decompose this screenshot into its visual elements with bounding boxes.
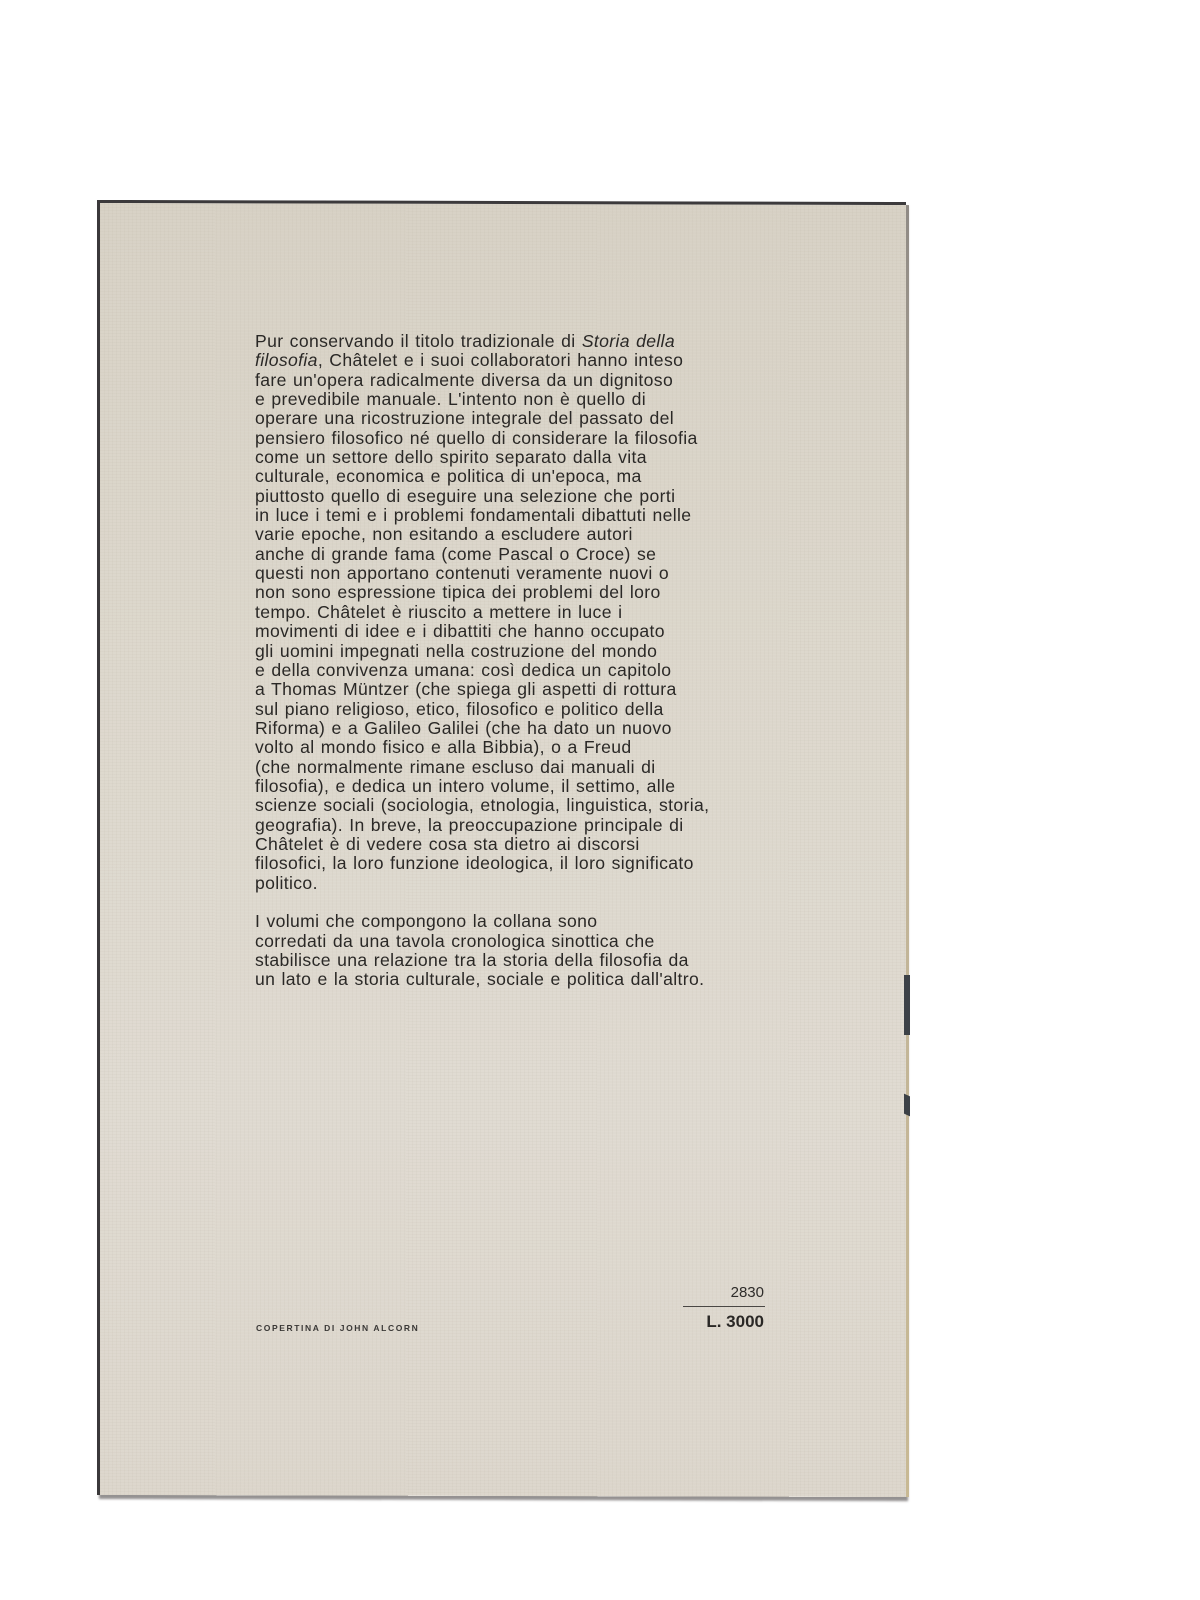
book-title-italic: filosofia: [255, 350, 318, 370]
text-line: piuttosto quello di eseguire una selezio…: [255, 487, 795, 506]
text-line: filosofia), e dedica un intero volume, i…: [255, 777, 795, 796]
text-line: I volumi che compongono la collana sono: [255, 912, 795, 931]
text-line: tempo. Châtelet è riuscito a mettere in …: [255, 603, 795, 622]
text-line: operare una ricostruzione integrale del …: [255, 409, 795, 428]
cover-credit: COPERTINA DI JOHN ALCORN: [256, 1323, 419, 1333]
price-label: L. 3000: [680, 1312, 764, 1332]
blurb-paragraph-1: Pur conservando il titolo tradizionale d…: [255, 332, 795, 893]
spine-edge-tab: [904, 1094, 910, 1117]
book-title-italic: Storia della: [582, 331, 675, 351]
spine-edge-tab: [904, 975, 910, 1035]
text-line: non sono espressione tipica dei problemi…: [255, 583, 795, 602]
text-line: fare un'opera radicalmente diversa da un…: [255, 371, 795, 390]
text-line: questi non apportano contenuti veramente…: [255, 564, 795, 583]
text-line: scienze sociali (sociologia, etnologia, …: [255, 796, 795, 815]
text-line: filosofici, la loro funzione ideologica,…: [255, 854, 795, 873]
catalog-number: 2830: [680, 1284, 764, 1301]
text-line: varie epoche, non esitando a escludere a…: [255, 525, 795, 544]
text-line: politico.: [255, 874, 795, 893]
text-line: Pur conservando il titolo tradizionale d…: [255, 332, 795, 351]
price-divider: [683, 1306, 765, 1307]
text-line: gli uomini impegnati nella costruzione d…: [255, 642, 795, 661]
text-line: in luce i temi e i problemi fondamentali…: [255, 506, 795, 525]
text-line: volto al mondo fisico e alla Bibbia), o …: [255, 738, 795, 757]
text-line: (che normalmente rimane escluso dai manu…: [255, 758, 795, 777]
text-line: Riforma) e a Galileo Galilei (che ha dat…: [255, 719, 795, 738]
text-line: filosofia, Châtelet e i suoi collaborato…: [255, 351, 795, 370]
text-line: come un settore dello spirito separato d…: [255, 448, 795, 467]
text-line: stabilisce una relazione tra la storia d…: [255, 951, 795, 970]
text-line: geografia). In breve, la preoccupazione …: [255, 816, 795, 835]
blurb-paragraph-2: I volumi che compongono la collana sono …: [255, 912, 795, 989]
text-line: culturale, economica e politica di un'ep…: [255, 467, 795, 486]
text-line: sul piano religioso, etico, filosofico e…: [255, 700, 795, 719]
text-line: e prevedibile manuale. L'intento non è q…: [255, 390, 795, 409]
text-line: corredati da una tavola cronologica sino…: [255, 932, 795, 951]
text-line: Châtelet è di vedere cosa sta dietro ai …: [255, 835, 795, 854]
blurb-text: Pur conservando il titolo tradizionale d…: [255, 332, 795, 990]
text-line: movimenti di idee e i dibattiti che hann…: [255, 622, 795, 641]
text-line: pensiero filosofico né quello di conside…: [255, 429, 795, 448]
text-line: a Thomas Müntzer (che spiega gli aspetti…: [255, 680, 795, 699]
text-line: anche di grande fama (come Pascal o Croc…: [255, 545, 795, 564]
text-line: e della convivenza umana: così dedica un…: [255, 661, 795, 680]
text-line: un lato e la storia culturale, sociale e…: [255, 970, 795, 989]
